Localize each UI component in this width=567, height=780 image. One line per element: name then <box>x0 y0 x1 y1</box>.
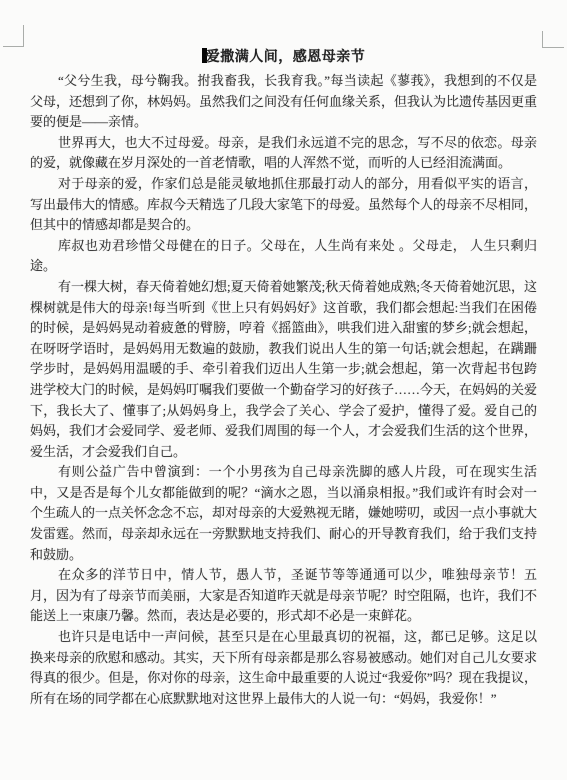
paragraph[interactable]: 有则公益广告中曾演到：一个小男孩为自己母亲洗脚的感人片段，可在现实生活中，又是否… <box>30 462 537 565</box>
paragraph[interactable]: 对于母亲的爱，作家们总是能灵敏地抓住那最打动人的部分，用看似平实的语言，写出最伟… <box>30 174 537 236</box>
margin-crop-mark-top-left <box>3 25 24 47</box>
document-page: 爱撒满人间，感恩母亲节 “父兮生我，母兮鞠我。拊我畜我，长我育我。”每当读起《蓼… <box>0 0 567 780</box>
paragraph[interactable]: 有一棵大树，春天倚着她幻想;夏天倚着她繁茂;秋天倚着她成熟;冬天倚着她沉思，这棵… <box>30 277 537 462</box>
paragraph[interactable]: 世界再大，也大不过母爱。母亲，是我们永远道不完的思念，写不尽的依恋。母亲的爱，就… <box>30 133 537 174</box>
paragraph[interactable]: 在众多的洋节日中，情人节，愚人节，圣诞节等等通通可以少，唯独母亲节！五月，因为有… <box>30 565 537 627</box>
document-title-text: 爱撒满人间，感恩母亲节 <box>206 50 366 65</box>
margin-crop-mark-top-right <box>542 31 564 48</box>
paragraph[interactable]: “父兮生我，母兮鞠我。拊我畜我，长我育我。”每当读起《蓼莪》，我想到的不仅是父母… <box>30 71 537 133</box>
document-title[interactable]: 爱撒满人间，感恩母亲节 <box>0 0 567 69</box>
paragraph[interactable]: 库叔也劝君珍惜父母健在的日子。父母在，人生尚有来处 。父母走， 人生只剩归途。 <box>30 236 537 277</box>
paragraph[interactable]: 也许只是电话中一声问候，甚至只是在心里最真切的祝福，这，都已足够。这足以换来母亲… <box>30 627 537 709</box>
document-text-area[interactable]: “父兮生我，母兮鞠我。拊我畜我，长我育我。”每当读起《蓼莪》，我想到的不仅是父母… <box>0 69 567 709</box>
